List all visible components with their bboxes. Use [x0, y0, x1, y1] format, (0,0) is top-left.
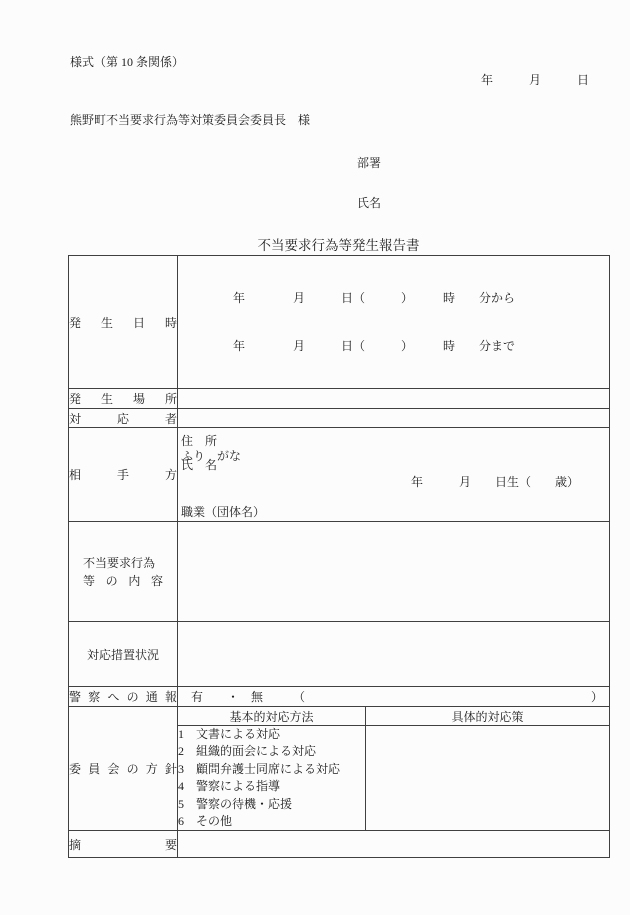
- summary-label-cell: 摘要: [69, 831, 178, 858]
- measures-label-cell: 対応措置状況: [69, 622, 178, 687]
- datetime-from-line: 年 月 日（ ） 時 分から: [233, 290, 609, 306]
- basic-method-item-2: 2 組織的面会による対応: [178, 743, 365, 760]
- concrete-measure-value-cell: [366, 726, 610, 831]
- row-police-report: 警察への通報 有 ・ 無 （ ）: [69, 687, 610, 707]
- police-report-close-paren: ）: [591, 688, 603, 705]
- responder-value-cell: [178, 409, 610, 428]
- row-measures: 対応措置状況: [69, 622, 610, 687]
- other-party-label-cell: 相手方: [69, 428, 178, 522]
- party-birthdate-line: 年 月 日生（ 歳）: [411, 473, 579, 490]
- police-report-label-cell: 警察への通報: [69, 687, 178, 707]
- row-occurrence-place: 発生場所: [69, 389, 610, 409]
- form-style-note: 様式（第 10 条関係）: [70, 53, 184, 70]
- police-report-options: 有 ・ 無 （: [191, 688, 305, 705]
- occurrence-datetime-value-cell: 年 月 日（ ） 時 分から 年 月 日（ ） 時 分まで: [178, 256, 610, 389]
- occurrence-datetime-label: 発生日時: [69, 314, 177, 331]
- report-form-table: 発生日時 年 月 日（ ） 時 分から 年 月 日（ ） 時 分まで 発生場所 …: [68, 255, 610, 858]
- demand-content-label-line2: 等の内容: [83, 572, 163, 590]
- basic-method-header-cell: 基本的対応方法: [178, 707, 366, 726]
- row-responder: 対応者: [69, 409, 610, 428]
- occurrence-datetime-label-cell: 発生日時: [69, 256, 178, 389]
- committee-policy-label-cell: 委員会の方針: [69, 707, 178, 831]
- occurrence-place-label-cell: 発生場所: [69, 389, 178, 409]
- other-party-value-cell: 住 所 ふり がな 氏 名 年 月 日生（ 歳） 職業（団体名）: [178, 428, 610, 522]
- row-demand-content: 不当要求行為 等の内容: [69, 522, 610, 622]
- party-occupation-label: 職業（団体名）: [181, 503, 265, 520]
- occurrence-place-label: 発生場所: [69, 390, 177, 407]
- basic-method-item-1: 1 文書による対応: [178, 726, 365, 743]
- basic-method-item-6: 6 その他: [178, 813, 365, 830]
- occurrence-place-value-cell: [178, 389, 610, 409]
- committee-policy-label: 委員会の方針: [69, 760, 177, 777]
- demand-content-value-cell: [178, 522, 610, 622]
- basic-method-item-3: 3 顧問弁護士同席による対応: [178, 761, 365, 778]
- responder-label: 対応者: [69, 410, 177, 427]
- report-date-line: 年 月 日: [481, 71, 589, 88]
- row-occurrence-datetime: 発生日時 年 月 日（ ） 時 分から 年 月 日（ ） 時 分まで: [69, 256, 610, 389]
- row-other-party: 相手方 住 所 ふり がな 氏 名 年 月 日生（ 歳） 職業（団体名）: [69, 428, 610, 522]
- summary-value-cell: [178, 831, 610, 858]
- demand-content-label-cell: 不当要求行為 等の内容: [69, 522, 178, 622]
- police-report-value-cell: 有 ・ 無 （ ）: [178, 687, 610, 707]
- police-report-label: 警察への通報: [69, 688, 177, 705]
- document-title: 不当要求行為等発生報告書: [68, 234, 609, 254]
- datetime-to-line: 年 月 日（ ） 時 分まで: [233, 338, 609, 354]
- summary-label: 摘要: [69, 836, 177, 853]
- responder-label-cell: 対応者: [69, 409, 178, 428]
- row-summary: 摘要: [69, 831, 610, 858]
- basic-method-item-5: 5 警察の待機・応援: [178, 796, 365, 813]
- basic-method-item-4: 4 警察による指導: [178, 778, 365, 795]
- concrete-measure-header-cell: 具体的対応策: [366, 707, 610, 726]
- measures-value-cell: [178, 622, 610, 687]
- addressee-line: 熊野町不当要求行為等対策委員会委員長 様: [70, 111, 310, 128]
- party-name-label: 氏 名: [181, 456, 217, 473]
- other-party-label: 相手方: [69, 466, 177, 483]
- department-label: 部署: [357, 154, 381, 171]
- sender-name-label: 氏名: [357, 194, 381, 211]
- demand-content-label-line1: 不当要求行為: [83, 554, 163, 572]
- row-policy-header: 委員会の方針 基本的対応方法 具体的対応策: [69, 707, 610, 726]
- basic-method-list-cell: 1 文書による対応 2 組織的面会による対応 3 顧問弁護士同席による対応 4 …: [178, 726, 366, 831]
